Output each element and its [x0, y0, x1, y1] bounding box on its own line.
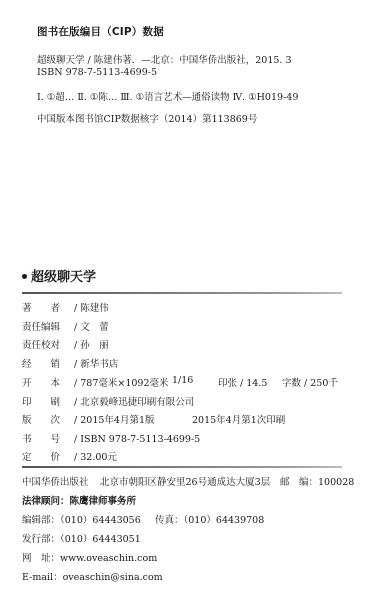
editorial-value: （010）64443056 [60, 515, 141, 526]
website: 网 址：www.oveaschin.com [22, 550, 157, 564]
printer-label: 印 刷 [22, 394, 74, 408]
credit-label: 责任校对 [22, 337, 74, 351]
format-row: 开 本/ 787毫米×1092毫米 [22, 375, 169, 389]
credit-proofreader: 责任校对/ 孙 丽 [22, 337, 109, 351]
format-size: 787毫米×1092毫米 [80, 378, 168, 389]
book-title-text: 超级聊天学 [31, 270, 96, 285]
isbn-row: 书 号/ ISBN 978-7-5113-4699-5 [22, 431, 200, 445]
isbn-label: 书 号 [22, 431, 74, 445]
postcode-label: 邮 编： [280, 477, 318, 488]
editorial-phone: 编辑部：（010）64443056 [22, 512, 141, 526]
sheets-value: 14.5 [246, 378, 267, 389]
sheets-label: 印张 [218, 378, 237, 389]
credit-editor: 责任编辑/ 文 蕾 [22, 319, 109, 333]
credit-value: 陈建伟 [80, 303, 109, 314]
cip-isbn-line: ISBN 978-7-5113-4699-5 [37, 67, 157, 78]
fax-value: （010）64439708 [184, 515, 265, 526]
email-link[interactable]: oveaschin@sina.com [63, 572, 163, 583]
bottom-divider [22, 466, 342, 468]
legal-advisor: 法律顾问：陈鹰律师事务所 [22, 493, 136, 507]
publisher-address: 北京市朝阳区静安里26号通成达大厦3层 [100, 474, 270, 488]
website-label: 网 址： [22, 553, 60, 564]
isbn-value: ISBN 978-7-5113-4699-5 [80, 434, 200, 445]
credit-label: 经 销 [22, 356, 74, 370]
format-words: 字数 / 250千 [282, 375, 338, 389]
credit-author: 著 者/ 陈建伟 [22, 300, 109, 314]
edition-label: 版 次 [22, 412, 74, 426]
fax-label: 传真： [155, 515, 184, 526]
cip-catalog-line: 超级聊天学 / 陈建伟著．—北京：中国华侨出版社，2015. 3 [37, 52, 292, 66]
top-divider [22, 292, 342, 294]
fax: 传真：（010）64439708 [155, 512, 264, 526]
price-value: 32.00元 [80, 452, 117, 463]
edition-value: 2015年4月第1版 [80, 415, 154, 426]
format-label: 开 本 [22, 375, 74, 389]
print-run: 2015年4月第1次印刷 [192, 412, 285, 426]
edition-row: 版 次/ 2015年4月第1版 [22, 412, 155, 426]
publisher-name: 中国华侨出版社 [22, 474, 89, 488]
legal-value: 陈鹰律师事务所 [70, 496, 137, 507]
words-value: 250千 [310, 378, 338, 389]
format-fold: 1/16 [172, 375, 193, 386]
email: E-mail：oveaschin@sina.com [22, 569, 163, 583]
distribution-phone: 发行部：（010）64443051 [22, 531, 141, 545]
distribution-label: 发行部： [22, 534, 60, 545]
printer-value: 北京毅峰迅捷印刷有限公司 [80, 397, 194, 408]
credit-value: 新华书店 [80, 359, 118, 370]
cip-registration-line: 中国版本图书馆CIP数据核字（2014）第113869号 [37, 111, 257, 125]
cip-title: 图书在版编目（CIP）数据 [37, 24, 164, 39]
credit-value: 孙 丽 [80, 340, 109, 351]
legal-label: 法律顾问： [22, 496, 70, 507]
words-label: 字数 [282, 378, 301, 389]
book-title: 超级聊天学 [22, 266, 96, 285]
postcode-value: 100028 [318, 477, 354, 488]
credit-label: 责任编辑 [22, 319, 74, 333]
printer-row: 印 刷/ 北京毅峰迅捷印刷有限公司 [22, 394, 194, 408]
price-row: 定 价/ 32.00元 [22, 449, 117, 463]
credit-value: 文 蕾 [80, 322, 109, 333]
credit-distributor: 经 销/ 新华书店 [22, 356, 118, 370]
bullet-icon [22, 274, 27, 279]
cip-classification-line: Ⅰ. ①超… Ⅱ. ①陈… Ⅲ. ①语言艺术—通俗读物 Ⅳ. ①H019-49 [37, 89, 298, 103]
email-label: E-mail： [22, 572, 63, 583]
price-label: 定 价 [22, 449, 74, 463]
editorial-label: 编辑部： [22, 515, 60, 526]
credit-label: 著 者 [22, 300, 74, 314]
distribution-value: （010）64443051 [60, 534, 141, 545]
website-link[interactable]: www.oveaschin.com [60, 553, 157, 564]
format-sheets: 印张 / 14.5 [218, 375, 267, 389]
publisher-postcode: 邮 编：100028 [280, 474, 354, 488]
